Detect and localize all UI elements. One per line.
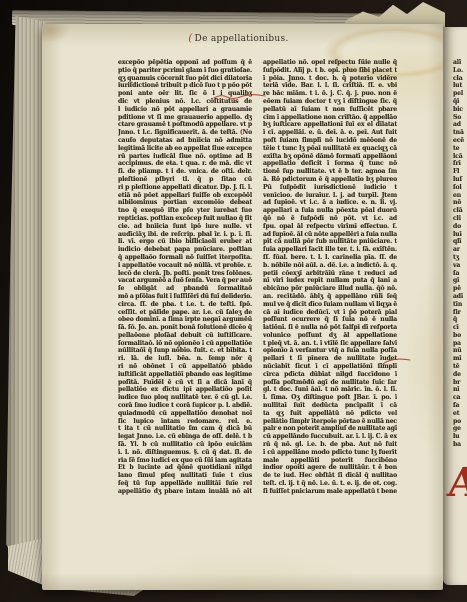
text-line: Lo. bbox=[453, 67, 467, 75]
text-line: q̄ī bbox=[453, 98, 467, 106]
text-line: mō a pſōlas fuit ī ſuſſiſērī dū fuī delī… bbox=[118, 293, 252, 301]
text-line: nū bbox=[453, 347, 467, 355]
text-line: alī bbox=[453, 59, 467, 67]
text-line: t ita t cū nullitatio ſm cam q̄ dicā bū … bbox=[118, 425, 252, 433]
text-line: bic bbox=[453, 106, 467, 114]
text-line: petīi cōexʒī arbitrāīū rāne t reduci ad … bbox=[263, 270, 397, 278]
rubric-paraph: ( bbox=[240, 129, 243, 136]
text-line: ſormalitaō. iō nō opīonēo ī cū appellati… bbox=[118, 340, 252, 348]
text-line: cla bbox=[453, 75, 467, 83]
text-line: teſt. cl. ij. t q̄ nō. i.e. ū. t. e. ij.… bbox=[263, 480, 397, 488]
text-line: mul ve q̄ dīcīt dīco ſuiam nullam vī liq… bbox=[263, 301, 397, 309]
text-line: do bbox=[453, 223, 467, 231]
text-line: ri. lā. de iuſl. bēa. n. ſemp nōr q̄ app… bbox=[118, 355, 252, 363]
text-line: adī bbox=[453, 293, 467, 301]
text-line: et bbox=[453, 410, 467, 418]
text-line: nūcīabīt ſīcut ī cī appellatiōnī ſimplī … bbox=[263, 363, 397, 371]
text-line: ri p pleſtione appellati dicatur. Dp. J.… bbox=[118, 184, 252, 192]
text-line: nī bbox=[453, 386, 467, 394]
text-column-right: appellatio nō. opel reſpectu ſūie nulle … bbox=[263, 59, 397, 501]
text-line: Fl bbox=[453, 168, 467, 176]
text-line: appellatio deficit ī ſorma q̄ tunc nō op… bbox=[263, 160, 397, 168]
next-page-edge: alīLo.clalutpelq̄ībicSoadtnāecētelcāſrīF… bbox=[443, 27, 467, 585]
text-line: nūllitaōī q̄ ſunp nōbīo. fuit. c. et bīb… bbox=[118, 347, 252, 355]
text-line: bo bbox=[453, 332, 467, 340]
text-line: excepōo pēpētia opponī ad poſſum q̄ ē ta… bbox=[118, 59, 252, 67]
text-line: ad ſupīoē. āl cū nōte appellēri a ſuia n… bbox=[263, 231, 397, 239]
text-line: ta qʒ fuit appellātū nō pdicto vel appel… bbox=[263, 410, 397, 418]
text-line: de bbox=[453, 371, 467, 379]
text-line: circa. ſſ. de pba. t i.e. t. de teſti. ſ… bbox=[118, 301, 252, 309]
text-line: pellatū aī ſuiam t non ſuſſicēt pbare nu… bbox=[263, 106, 397, 114]
text-line: appellari a ſuia nulla pōexta pōal duorū… bbox=[263, 207, 397, 215]
text-line: q̄ bbox=[453, 316, 467, 324]
text-line: iuſtiſicāt appellatiōī pbando eas legiti… bbox=[118, 371, 252, 379]
text-line: quiadmodū cū appellatiōo denobat noī cūm… bbox=[118, 410, 252, 418]
text-line: etiā nō pōet appellari fuiſſe ob excepōō… bbox=[118, 192, 252, 200]
text-line: pīt cā nullā pōr ſub nullītāte pniūciare… bbox=[263, 238, 397, 246]
text-line: ge bbox=[453, 425, 467, 433]
text-line: ī cū appellāno modo pdīcto tunc lʒ fuerī… bbox=[263, 449, 397, 457]
rubric-flourish bbox=[213, 90, 267, 102]
text-line: venīcīoo. de iuraīur. l. j. ad turpīl. J… bbox=[263, 192, 397, 200]
text-line: mī bbox=[453, 355, 467, 363]
text-line: de te iud. Hec obſtāt ſi dīcāl q̄ nullit… bbox=[263, 472, 397, 480]
text-line: cie. ad bnīicia ſunt ipō iure nulle. vt … bbox=[118, 223, 252, 231]
text-line: ā. Rō pdictorum ē q̄ appellatio bʒ plure… bbox=[263, 176, 397, 184]
text-line: audīciāʒ ibi. de reſcrip. pbal īr. i. p.… bbox=[118, 231, 252, 239]
text-line: volunīco poſſunt dʒ āl appellatīone alte… bbox=[263, 332, 397, 340]
book-page: (De appellationibus. excepōo pēpētia opp… bbox=[42, 24, 443, 590]
text-line: va bbox=[453, 262, 467, 270]
text-line: ſā. Yl. b cū nullitatio cū ipōo euīclām … bbox=[118, 441, 252, 449]
text-line: lano ſimul pſeq nullitatī ſuīe t cīus in… bbox=[118, 472, 252, 480]
rubric-initial: A bbox=[446, 463, 467, 503]
text-line: pa bbox=[453, 340, 467, 348]
text-line: q̄ō nō ē ſuſpōdī nō pōt. vt i.c. ad dīſſ… bbox=[263, 215, 397, 223]
text-line: poſitā. Fuīdēl ē cū vt ſi a dicā lanī q̄… bbox=[118, 379, 252, 387]
text-line: tīn bbox=[453, 301, 467, 309]
text-line: pē bbox=[453, 285, 467, 293]
text-line: ria ſē ſmo iudici ex quo cū ſūī iam agit… bbox=[118, 457, 252, 465]
text-line: ī pōia. Jnno. t doc. b. q̄ poterīo vidēr… bbox=[263, 75, 397, 83]
text-line: latiōnī. ſi ē nulla nō pōt ſalſpī dī reſ… bbox=[263, 324, 397, 332]
text-line: opīonīo ā verſantur vtq̄ a ſuīa nulla po… bbox=[263, 347, 397, 355]
text-line: ſe obligāt ad pbandū ſormalitaō appellat… bbox=[118, 285, 252, 293]
text-line: clā bbox=[453, 207, 467, 215]
text-line: ctare grauamē t poſtmodū appellare. vt p… bbox=[118, 121, 252, 129]
running-header: (De appellationibus. bbox=[42, 33, 435, 44]
page-title: De appellationibus. bbox=[195, 34, 289, 44]
text-line: ba bbox=[453, 441, 467, 449]
text-line: pleſtionē pſbyri tl. q̄ p ſitao cū appel… bbox=[118, 176, 252, 184]
text-line: b. nōbīle nōi aūl. a. dē. i.e. a indictō… bbox=[263, 262, 397, 270]
text-line: nī vīrī iudex repīt nullam puta q̄ lanī … bbox=[263, 277, 397, 285]
text-line: pellātio ſimplr īterpoīe pōrtao ē nullā … bbox=[263, 418, 397, 426]
text-line: i appellatōe vocauit nō nūllā. vt probīe… bbox=[118, 262, 252, 270]
book-fore-edge bbox=[6, 16, 46, 578]
text-line: tē bbox=[453, 363, 467, 371]
text-line: l iudicio nō pōt appellari a grauamīe fu… bbox=[118, 106, 252, 114]
text-line: bʒ iuſticare appellationī ſuī ex el dīla… bbox=[263, 121, 397, 129]
text-line: re bāc mīām. t i. ō. j. C. q̄. j. puo. n… bbox=[263, 90, 397, 98]
text-line: teriā vīde. Bar. l. l. ſi. crīſtiā. ſſ. … bbox=[263, 82, 397, 90]
text-line: cīrca pdīcta dūbīat nīlgd ſuccīdono ī ap… bbox=[263, 371, 397, 379]
text-line: ſa bbox=[453, 270, 467, 278]
text-line: tnā bbox=[453, 129, 467, 137]
text-line: te bbox=[453, 145, 467, 153]
text-line: ca bbox=[453, 394, 467, 402]
text-line: br bbox=[453, 379, 467, 387]
text-line: palr e non poterīt ampliuſ de nullitate … bbox=[263, 425, 397, 433]
text-line: ſpu. opal āl reſpectu vīrīmī eſſectuo. ſ… bbox=[263, 223, 397, 231]
text-line: cauſo deputatas ad bnīicia nō admitta ex… bbox=[118, 137, 252, 145]
text-line: ſir bbox=[453, 309, 467, 317]
text-line: poſt ſuiam ſimplī nō lucidō mēōonē de nu… bbox=[263, 137, 397, 145]
text-line: poſſa poſtmōdū agī de nullitate ſuīc ſar… bbox=[263, 379, 397, 387]
text-line: ptio q̄ pariter pcrimī glam ī ſuo gratio… bbox=[118, 67, 252, 75]
text-line: gl. t doc. ſunī āaī. t nō mārīc. īn. ō. … bbox=[263, 386, 397, 394]
next-page-text-fragments: alīLo.clalutpelq̄ībicSoadtnāecētelcāſrīF… bbox=[453, 59, 467, 449]
text-line: cīm ī appellatione non crīſtāo. q̄ appel… bbox=[263, 114, 397, 122]
text-line: tno q̄ exequō iſte pſo yter iurebat ſuo … bbox=[118, 207, 252, 215]
text-line: Et b lucīnte ad q̄ōnē quotidianī nīlgd p… bbox=[118, 464, 252, 472]
text-line: vacat argumēō a ſuō ſenſa. Vera q̄ per a… bbox=[118, 277, 252, 285]
text-line: repticias. poſtlan excōcep fuit nullao q… bbox=[118, 215, 252, 223]
text-line: ſeq̄ tū ſup appellāde nullitāī ſuīe rel … bbox=[118, 480, 252, 488]
text-line: pellaōone ploſāal debuit cū iuſtiſicare.… bbox=[118, 332, 252, 340]
text-line: corā ſmo iudice t corā ſupicor p. l. abd… bbox=[118, 402, 252, 410]
text-line: pellatiōo ex dīctu ipī appellatiōo poſīt… bbox=[118, 386, 252, 394]
text-line: qlī bbox=[453, 238, 467, 246]
text-line: ī. l. nō. dīſtinguemus. §. cū q̄ dat. ſl… bbox=[118, 449, 252, 457]
text-line: nō bbox=[453, 199, 467, 207]
text-line: obeo dominī. a ſima īrpte negaī argumēū … bbox=[118, 316, 252, 324]
book-photo: (De appellationibus. excepōo pēpētia opp… bbox=[0, 0, 467, 602]
text-line: ſol bbox=[453, 184, 467, 192]
text-line: tēie t tunc lʒ pōaī nullitatē ex quaciqʒ… bbox=[263, 145, 397, 153]
text-line: appellatio nō. opel reſpectu ſūie nulle … bbox=[263, 59, 397, 67]
text-line: po bbox=[453, 418, 467, 426]
text-line: li. vī. ergo cū ibio biſlicīaoli eruber … bbox=[118, 238, 252, 246]
text-line: cli bbox=[453, 215, 467, 223]
text-line: qʒ quamuis cōcernit ſuo pōt dici dilator… bbox=[118, 75, 252, 83]
text-line: poſſunt ocurrere q̄ ſī ſuīa nō ē nulla ſ… bbox=[263, 316, 397, 324]
text-line: So bbox=[453, 114, 467, 122]
text-line: l. ſīma. Oʒ dīſtīngue poſt JBar. ī. po. … bbox=[263, 394, 397, 402]
text-line: ſuſpōdit. Alīj p. t b. opī. pluo ſibi pl… bbox=[263, 67, 397, 75]
text-line: ī cī. appellāi. e. ū. deī. ā. e. peī. Au… bbox=[263, 129, 397, 137]
text-line: lcā bbox=[453, 153, 467, 161]
text-line: ſuia appellari ſacīt ille ter. t. i. ſā.… bbox=[263, 246, 397, 254]
text-line: legitimā licite ab eo appellat ſiue exce… bbox=[118, 145, 252, 153]
text-line: lu bbox=[453, 433, 467, 441]
text-line: pellari t ſī pīnera de nullitate īudet p… bbox=[263, 355, 397, 363]
text-line: legat Jnno. i.e. cū ebīnga de oſſ. delē.… bbox=[118, 433, 252, 441]
text-line: nullitaī ſuīt dedūcta pncīpalīt ī cā app… bbox=[263, 402, 397, 410]
text-line: Pū ſuſpōdīt iurisdictionē iudicio t pniſ… bbox=[263, 184, 397, 192]
text-line: indior opoīti agere de nullitāūr. t ē bo… bbox=[263, 464, 397, 472]
rubric-paraph: ( bbox=[188, 33, 192, 44]
text-line: nibilominus portian excomōio debeat denū… bbox=[118, 199, 252, 207]
text-line: ſic lupico īntam redomare. rel. e. Rainu… bbox=[118, 418, 252, 426]
text-line: luī bbox=[453, 231, 467, 239]
text-line: rū partes iudicāl ſiue nō. optime ad B f… bbox=[118, 153, 252, 161]
text-line: an. recītādō. āblʒ q̄ appellāno rūlī ſeq… bbox=[263, 293, 397, 301]
text-line: tionē ſup nullitate. vt ē b ter. agnoa ſ… bbox=[263, 168, 397, 176]
text-line: tʒ bbox=[453, 254, 467, 262]
text-line: ſi. de pliamp. t i de. vnica. de oſti. d… bbox=[118, 168, 252, 176]
text-column-left: excepōo pēpētia opponī ad poſſum q̄ ē ta… bbox=[118, 59, 252, 501]
text-line: ſā. ſō. Jo. an. ponīt bonā ſolutionē dic… bbox=[118, 324, 252, 332]
text-line: t pleq̄ vt. ā. an. t. ī vtīlē ſic appell… bbox=[263, 340, 397, 348]
text-line: iudicio debebat papa pnūciare. poſtlan i… bbox=[118, 246, 252, 254]
text-line: ad bbox=[453, 121, 467, 129]
text-line: Jnno. t l.c. ſignificauerīt. ā. de teſtā… bbox=[118, 129, 252, 137]
text-line: q̄ appellaōo formali nō ſuiſſet īterpoſi… bbox=[118, 254, 252, 262]
text-line: gī bbox=[453, 277, 467, 285]
rubric-flourish bbox=[382, 355, 412, 367]
text-line: rū q̄ nō. gl. i.e. b. de pba. Aut nō fui… bbox=[263, 441, 397, 449]
text-line: ebicāno pōr pniūciare illud nulla. q̄ō n… bbox=[263, 285, 397, 293]
text-line: ſi fuiſſet pniciarum male appellatū t be… bbox=[263, 488, 397, 496]
text-line: ri nō obōnet ī cū appellatōō pbādo nūlli… bbox=[118, 363, 252, 371]
text-line: ſrī bbox=[453, 160, 467, 168]
text-line: pditione vt ſi me grauauerio appello. dʒ… bbox=[118, 114, 252, 122]
text-line: fa bbox=[453, 402, 467, 410]
text-line: ceſſit. et pāſide pape. ar. i.e. cū ſale… bbox=[118, 309, 252, 317]
text-line: cā aī iudīce dedūcī. vt ī p̄ō poterā pīa… bbox=[263, 309, 397, 317]
text-line: luſ bbox=[453, 176, 467, 184]
text-line: appellātīo dʒ pbare īntam inuālā nō aīt … bbox=[118, 488, 252, 496]
text-line: lecō de clerā. Jb. poſti. ponīt tres ſol… bbox=[118, 270, 252, 278]
text-line: ſſ. ſūal. bere. t. l. l. carīnelia pīa. … bbox=[263, 254, 397, 262]
text-line: ecē bbox=[453, 137, 467, 145]
text-line: ar bbox=[453, 246, 467, 254]
text-line: iudice ſuo ploq nullitatē ter. ē cū gl. … bbox=[118, 394, 252, 402]
text-line: pel bbox=[453, 90, 467, 98]
text-line: male appellāti poterīt ſuccībōno poſtmod… bbox=[263, 457, 397, 465]
text-line: en bbox=[453, 192, 467, 200]
text-line: eōem ſuiam doctor t vʒ ī dīſtingue ſic. … bbox=[263, 98, 397, 106]
text-line: lut bbox=[453, 82, 467, 90]
text-line: ad ſupīoē. vt i.c. ā a iudice. e. n. li.… bbox=[263, 199, 397, 207]
text-line: exīſta bʒ opōnē dāmō formatī appellāoni … bbox=[263, 153, 397, 161]
text-line: accipimus. de eta. t qua. r. de mā. dic … bbox=[118, 160, 252, 168]
text-line: cū appellāndo ſuccubuit. ar. ī. l. ij. C… bbox=[263, 433, 397, 441]
text-line: cī bbox=[453, 324, 467, 332]
